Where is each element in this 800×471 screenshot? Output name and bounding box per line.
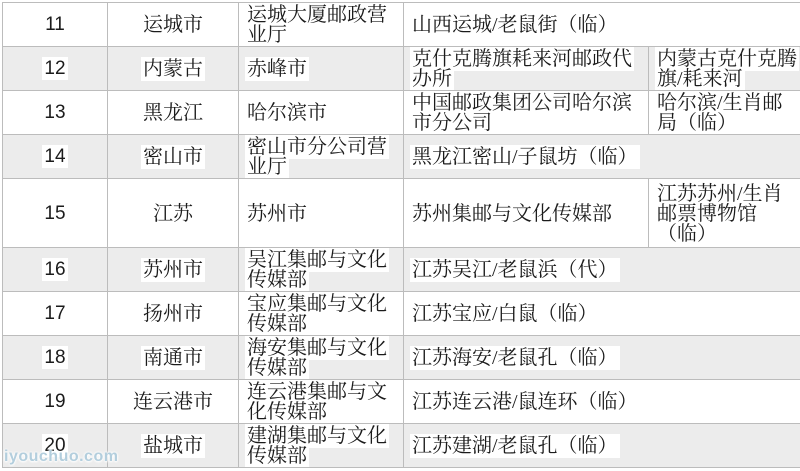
city-cell: 扬州市 (108, 292, 239, 336)
city-cell: 密山市 (108, 135, 239, 179)
cell-text: 建湖集邮与文化传媒部 (245, 424, 389, 468)
row-number-cell: 19 (3, 380, 108, 424)
cell-text: 江苏海安/老鼠孔（临） (410, 346, 620, 370)
cell-text: 苏州集邮与文化传媒部 (410, 202, 614, 226)
province-cell: 江苏 (108, 179, 239, 248)
cell-text: 苏州市 (245, 202, 309, 226)
cell-text: 中国邮政集团公司哈尔滨市分公司 (410, 91, 634, 135)
cell-text: 哈尔滨/生肖邮局（临） (655, 91, 785, 135)
office-cell: 建湖集邮与文化传媒部 (239, 424, 404, 468)
table-row: 15 江苏 苏州市 苏州集邮与文化传媒部 江苏苏州/生肖邮票博物馆（临） (3, 179, 800, 248)
table-row: 16 苏州市 吴江集邮与文化传媒部 江苏吴江/老鼠浜（代） (3, 248, 800, 292)
cell-text: 山西运城/老鼠街（临） (410, 13, 620, 37)
cell-text: 黑龙江 (141, 101, 205, 125)
cell-text: 19 (42, 390, 67, 413)
row-number-cell: 11 (3, 3, 108, 47)
cell-text: 赤峰市 (245, 57, 309, 81)
cell-text: 12 (42, 57, 67, 80)
cell-text: 14 (42, 145, 67, 168)
cell-text: 18 (42, 346, 67, 369)
postmark-cell: 江苏连云港/鼠连环（临） (404, 380, 800, 424)
cell-text: 13 (42, 101, 67, 124)
postmark-cell: 内蒙古克什克腾旗/耗来河 (649, 47, 800, 91)
cell-text: 吴江集邮与文化传媒部 (245, 248, 389, 292)
cell-text: 黑龙江密山/子鼠坊（临） (410, 145, 640, 169)
cell-text: 江苏连云港/鼠连环（临） (410, 390, 640, 414)
cell-text: 宝应集邮与文化传媒部 (245, 292, 389, 336)
city-cell: 赤峰市 (239, 47, 404, 91)
cell-text: 内蒙古 (141, 57, 205, 81)
table-row: 12 内蒙古 赤峰市 克什克腾旗耗来河邮政代办所 内蒙古克什克腾旗/耗来河 (3, 47, 800, 91)
cell-text: 江苏 (151, 202, 195, 226)
city-cell: 运城市 (108, 3, 239, 47)
postmark-cell: 黑龙江密山/子鼠坊（临） (404, 135, 800, 179)
table-row: 14 密山市 密山市分公司营业厅 黑龙江密山/子鼠坊（临） (3, 135, 800, 179)
cell-text: 克什克腾旗耗来河邮政代办所 (410, 47, 634, 91)
office-cell: 连云港集邮与文化传媒部 (239, 380, 404, 424)
row-number-cell: 12 (3, 47, 108, 91)
city-cell: 哈尔滨市 (239, 91, 404, 135)
cell-text: 15 (42, 202, 67, 225)
city-cell: 苏州市 (108, 248, 239, 292)
site-watermark: iyouchuo.com (4, 448, 118, 466)
cell-text: 运城市 (141, 13, 205, 37)
cell-text: 16 (42, 258, 67, 281)
cell-text: 江苏吴江/老鼠浜（代） (410, 258, 620, 282)
cell-text: 盐城市 (141, 434, 205, 458)
postmark-cell: 江苏吴江/老鼠浜（代） (404, 248, 800, 292)
cell-text: 11 (43, 13, 67, 36)
cell-text: 17 (42, 302, 67, 325)
office-cell: 苏州集邮与文化传媒部 (404, 179, 649, 248)
cell-text: 苏州市 (141, 258, 205, 282)
office-cell: 吴江集邮与文化传媒部 (239, 248, 404, 292)
office-cell: 密山市分公司营业厅 (239, 135, 404, 179)
province-cell: 黑龙江 (108, 91, 239, 135)
city-cell: 苏州市 (239, 179, 404, 248)
cell-text: 内蒙古克什克腾旗/耗来河 (655, 47, 799, 91)
cell-text: 运城大厦邮政营业厅 (245, 3, 389, 47)
city-cell: 盐城市 (108, 424, 239, 468)
cell-text: 南通市 (141, 346, 205, 370)
cell-text: 连云港集邮与文化传媒部 (245, 380, 389, 424)
cell-text: 扬州市 (141, 302, 205, 326)
table-row: 13 黑龙江 哈尔滨市 中国邮政集团公司哈尔滨市分公司 哈尔滨/生肖邮局（临） (3, 91, 800, 135)
cell-text: 密山市分公司营业厅 (245, 135, 389, 179)
cell-text: 江苏建湖/老鼠孔（临） (410, 434, 620, 458)
row-number-cell: 15 (3, 179, 108, 248)
row-number-cell: 18 (3, 336, 108, 380)
postmark-cell: 江苏海安/老鼠孔（临） (404, 336, 800, 380)
office-cell: 运城大厦邮政营业厅 (239, 3, 404, 47)
table-row: 18 南通市 海安集邮与文化传媒部 江苏海安/老鼠孔（临） (3, 336, 800, 380)
office-cell: 克什克腾旗耗来河邮政代办所 (404, 47, 649, 91)
cell-text: 密山市 (141, 145, 205, 169)
cell-text: 连云港市 (131, 390, 215, 414)
row-number-cell: 17 (3, 292, 108, 336)
postmark-table-page: 11 运城市 运城大厦邮政营业厅 山西运城/老鼠街（临） 12 内蒙古 赤峰市 … (0, 2, 800, 471)
office-cell: 中国邮政集团公司哈尔滨市分公司 (404, 91, 649, 135)
table-row: 17 扬州市 宝应集邮与文化传媒部 江苏宝应/白鼠（临） (3, 292, 800, 336)
city-cell: 连云港市 (108, 380, 239, 424)
cell-text: 哈尔滨市 (245, 101, 329, 125)
city-cell: 南通市 (108, 336, 239, 380)
cell-text: 江苏苏州/生肖邮票博物馆（临） (655, 182, 785, 246)
office-cell: 宝应集邮与文化传媒部 (239, 292, 404, 336)
cell-text: 海安集邮与文化传媒部 (245, 336, 389, 380)
zodiac-postmark-table: 11 运城市 运城大厦邮政营业厅 山西运城/老鼠街（临） 12 内蒙古 赤峰市 … (2, 2, 800, 468)
table-row: 11 运城市 运城大厦邮政营业厅 山西运城/老鼠街（临） (3, 3, 800, 47)
postmark-cell: 江苏苏州/生肖邮票博物馆（临） (649, 179, 800, 248)
table-row: 20 盐城市 建湖集邮与文化传媒部 江苏建湖/老鼠孔（临） (3, 424, 800, 468)
postmark-cell: 江苏宝应/白鼠（临） (404, 292, 800, 336)
postmark-cell: 江苏建湖/老鼠孔（临） (404, 424, 800, 468)
postmark-cell: 山西运城/老鼠街（临） (404, 3, 800, 47)
province-cell: 内蒙古 (108, 47, 239, 91)
office-cell: 海安集邮与文化传媒部 (239, 336, 404, 380)
postmark-cell: 哈尔滨/生肖邮局（临） (649, 91, 800, 135)
table-row: 19 连云港市 连云港集邮与文化传媒部 江苏连云港/鼠连环（临） (3, 380, 800, 424)
row-number-cell: 13 (3, 91, 108, 135)
row-number-cell: 16 (3, 248, 108, 292)
row-number-cell: 14 (3, 135, 108, 179)
cell-text: 江苏宝应/白鼠（临） (410, 302, 600, 326)
